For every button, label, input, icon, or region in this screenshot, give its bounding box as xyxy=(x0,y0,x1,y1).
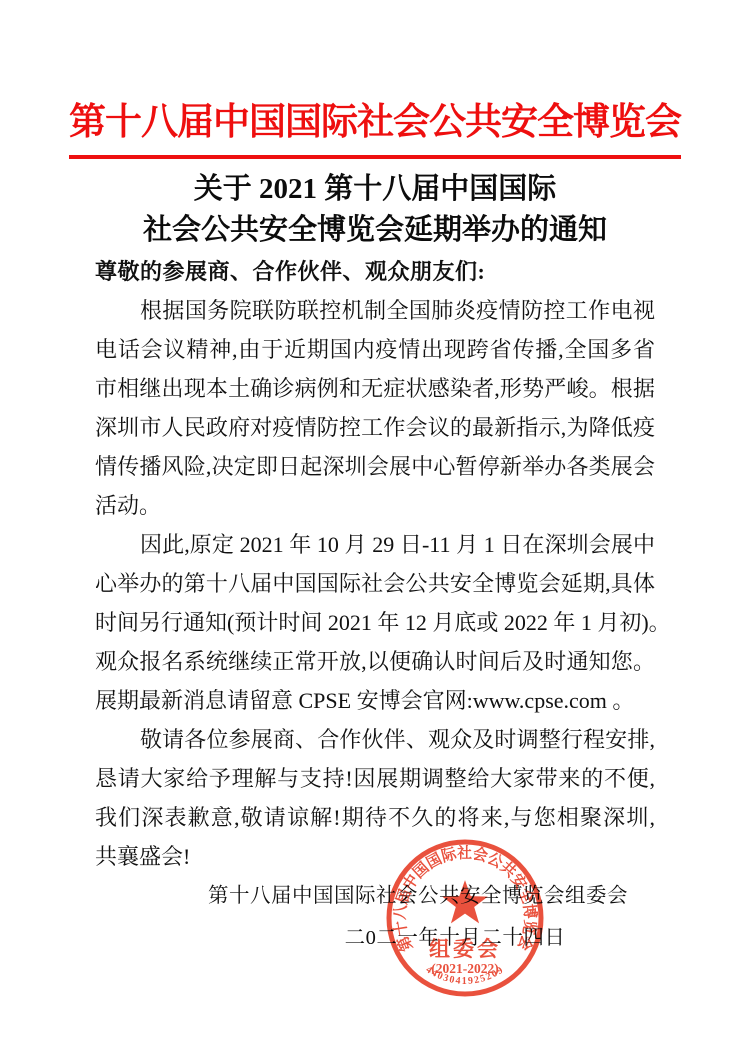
notice-heading-line2: 社会公共安全博览会延期举办的通知 xyxy=(0,210,750,251)
notice-heading: 关于 2021 第十八届中国国际 社会公共安全博览会延期举办的通知 xyxy=(0,169,750,251)
body-line: 恳请大家给予理解与支持!因展期调整给大家带来的不便, xyxy=(95,759,655,798)
body-line: 因此,原定 2021 年 10 月 29 日-11 月 1 日在深圳会展中 xyxy=(95,525,655,564)
body-line: 观众报名系统继续正常开放,以便确认时间后及时通知您。 xyxy=(95,642,655,681)
paragraph-1: 根据国务院联防联控机制全国肺炎疫情防控工作电视 电话会议精神,由于近期国内疫情出… xyxy=(95,291,655,525)
body-line: 敬请各位参展商、合作伙伴、观众及时调整行程安排, xyxy=(95,720,655,759)
body-line: 市相继出现本土确诊病例和无症状感染者,形势严峻。根据 xyxy=(95,369,655,408)
signature-organization: 第十八届中国国际社会公共安全博览会组委会 xyxy=(43,877,750,916)
document-page: 第十八届中国国际社会公共安全博览会 关于 2021 第十八届中国国际 社会公共安… xyxy=(0,0,750,1060)
body-line: 展期最新消息请留意 CPSE 安博会官网:www.cpse.com 。 xyxy=(95,681,655,720)
paragraph-2: 因此,原定 2021 年 10 月 29 日-11 月 1 日在深圳会展中 心举… xyxy=(95,525,655,720)
masthead: 第十八届中国国际社会公共安全博览会 xyxy=(0,96,750,159)
body-line: 电话会议精神,由于近期国内疫情出现跨省传播,全国多省 xyxy=(95,330,655,369)
body-line: 时间另行通知(预计时间 2021 年 12 月底或 2022 年 1 月初)。 xyxy=(95,603,655,642)
body-line: 心举办的第十八届中国国际社会公共安全博览会延期,具体 xyxy=(95,564,655,603)
seal-years-label: (2021-2022) xyxy=(431,961,499,976)
signature-date: 二0二一年十月二十四日 xyxy=(80,919,750,958)
notice-body: 尊敬的参展商、合作伙伴、观众朋友们: 根据国务院联防联控机制全国肺炎疫情防控工作… xyxy=(95,252,655,876)
body-line: 情传播风险,决定即日起深圳会展中心暂停新举办各类展会 xyxy=(95,447,655,486)
notice-heading-line1: 关于 2021 第十八届中国国际 xyxy=(0,169,750,210)
body-line: 共襄盛会! xyxy=(95,837,655,876)
seal-serial-number: 4403041925209 xyxy=(424,964,507,987)
body-line: 活动。 xyxy=(95,486,655,525)
body-line: 深圳市人民政府对疫情防控工作会议的最新指示,为降低疫 xyxy=(95,408,655,447)
body-line: 根据国务院联防联控机制全国肺炎疫情防控工作电视 xyxy=(95,291,655,330)
page-title: 第十八届中国国际社会公共安全博览会 xyxy=(69,96,681,159)
body-line: 我们深表歉意,敬请谅解!期待不久的将来,与您相聚深圳, xyxy=(95,798,655,837)
salutation: 尊敬的参展商、合作伙伴、观众朋友们: xyxy=(95,252,655,291)
paragraph-3: 敬请各位参展商、合作伙伴、观众及时调整行程安排, 恳请大家给予理解与支持!因展期… xyxy=(95,720,655,876)
